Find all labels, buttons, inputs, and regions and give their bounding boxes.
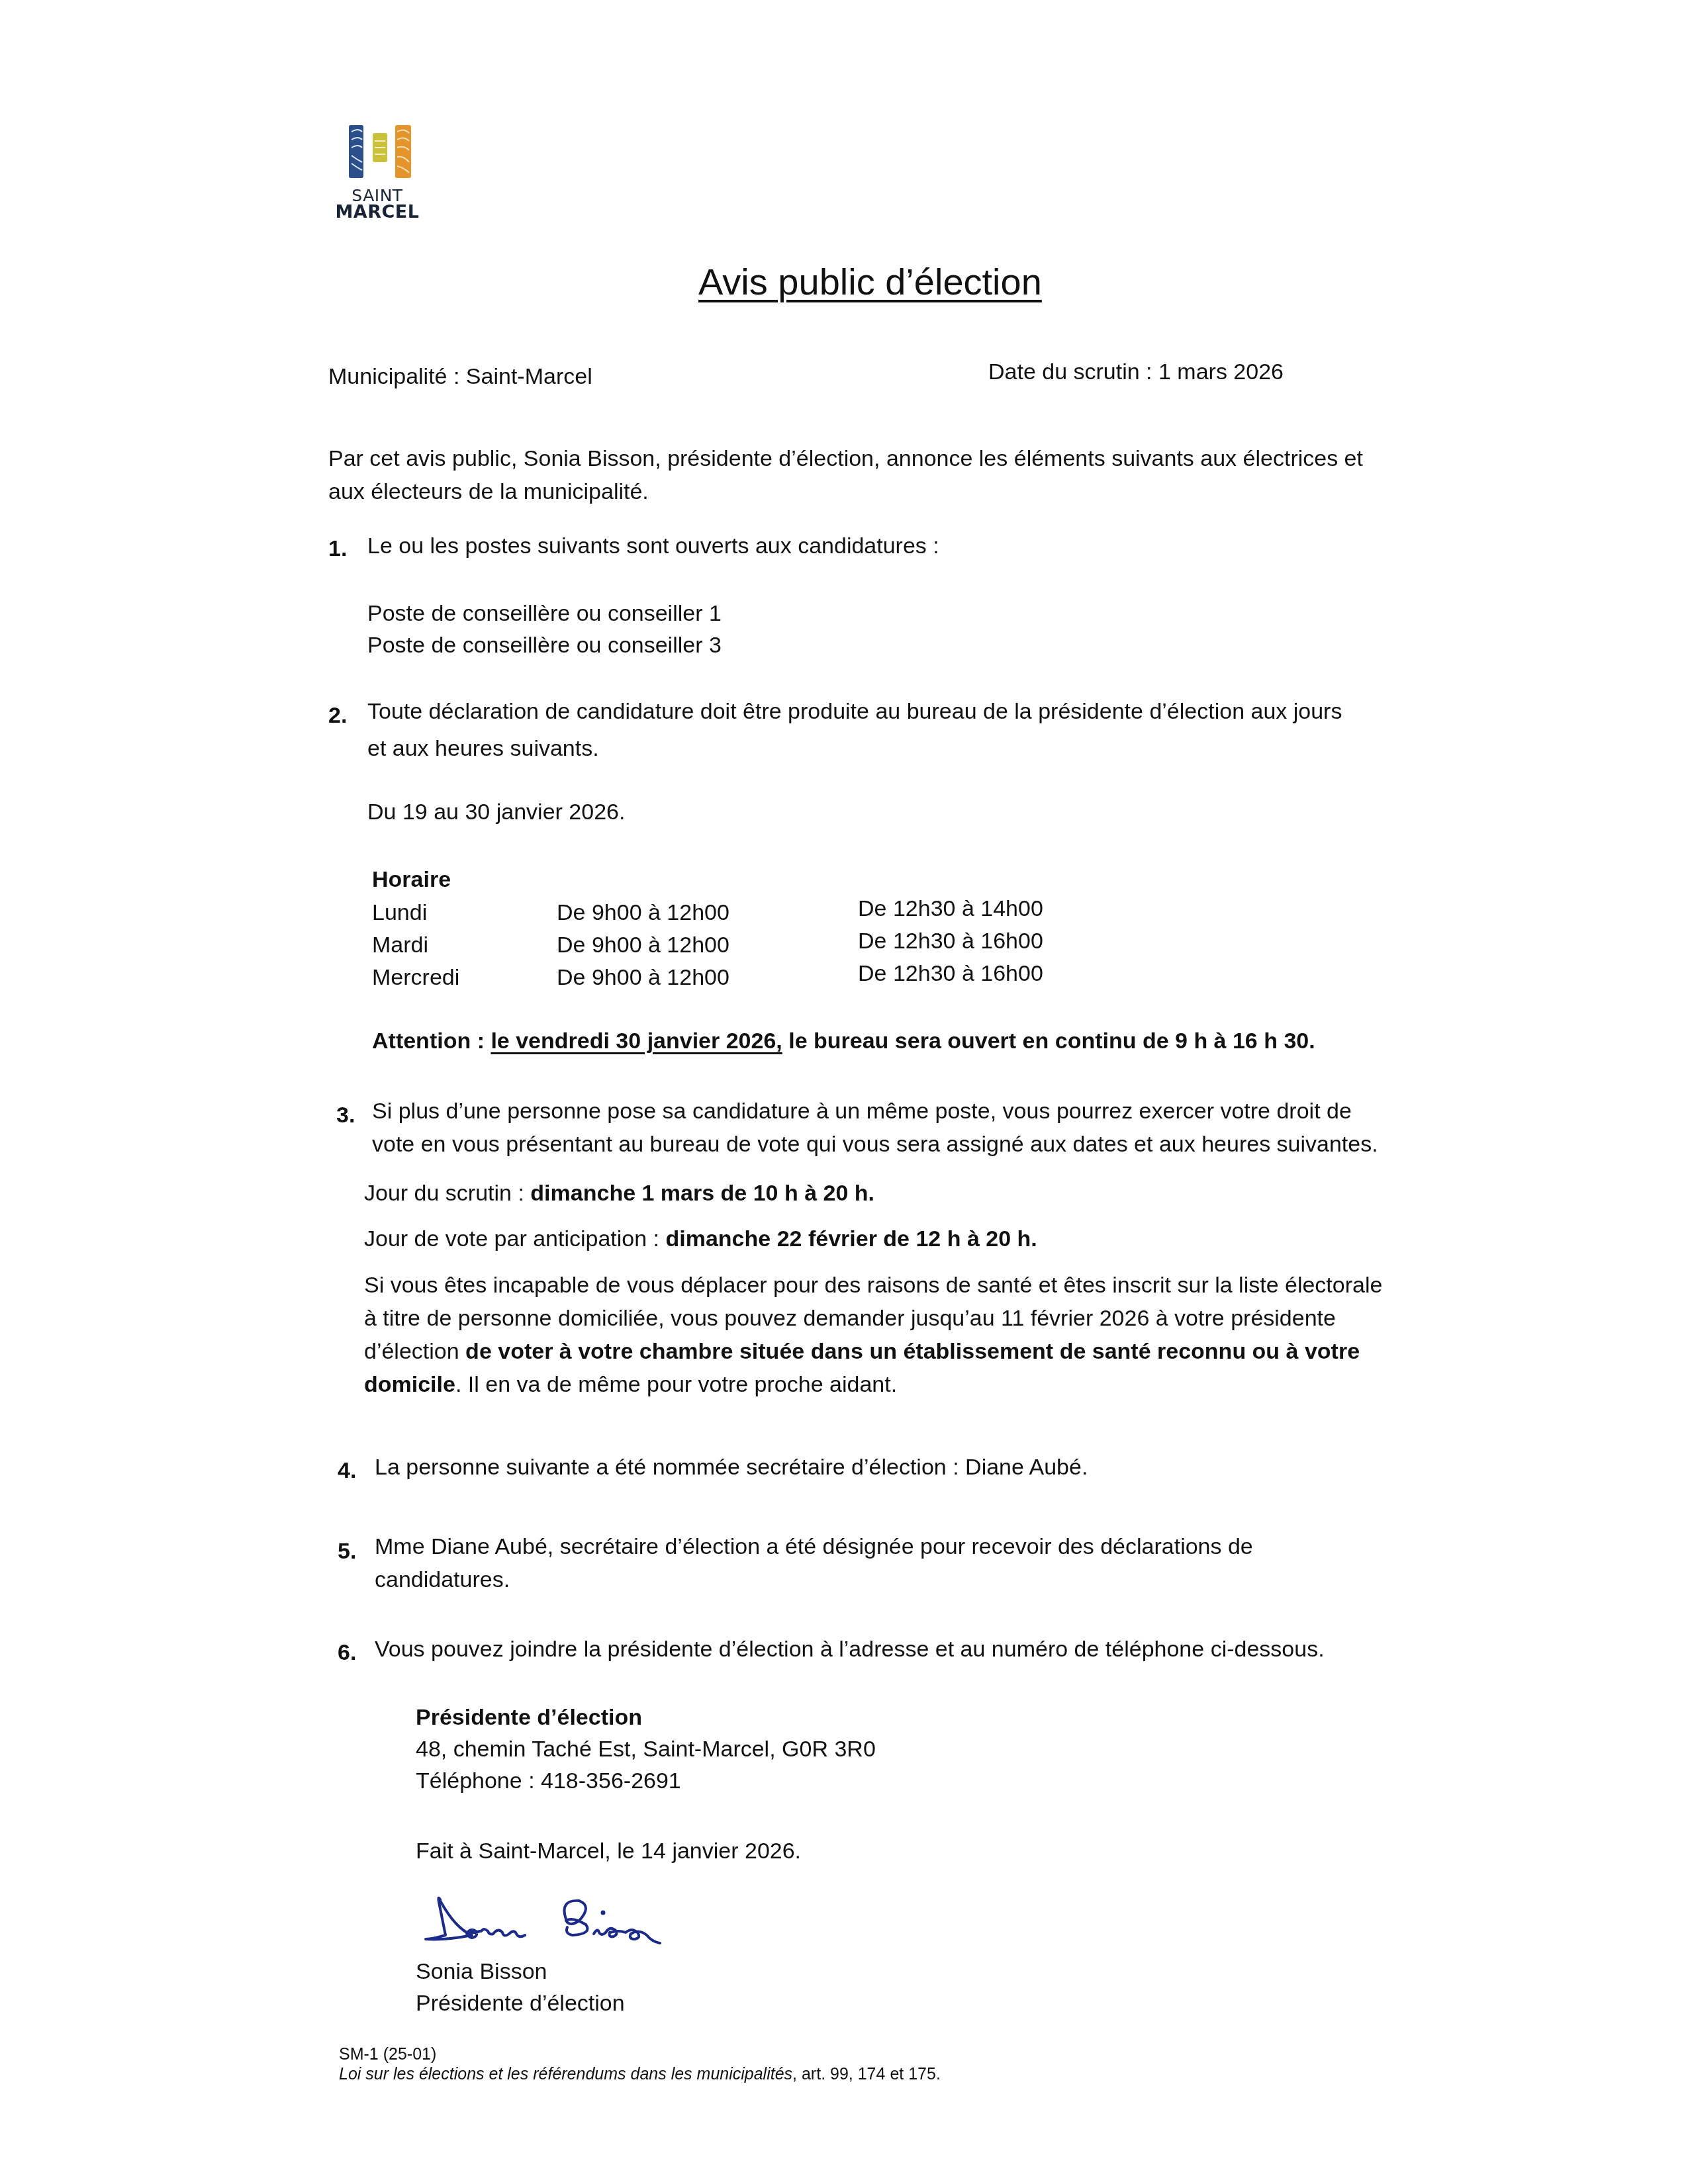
- nomination-period: Du 19 au 30 janvier 2026.: [367, 801, 625, 823]
- attention-note: Attention : le vendredi 30 janvier 2026,…: [372, 1030, 1315, 1052]
- schedule-afternoon: De 12h30 à 16h00: [858, 962, 1043, 985]
- item-number: 4.: [338, 1459, 356, 1482]
- schedule-heading: Horaire: [372, 868, 451, 891]
- attention-label: Attention :: [372, 1028, 491, 1054]
- advance-day-label: Jour de vote par anticipation :: [364, 1226, 666, 1251]
- municipality-label: Municipalité : Saint-Marcel: [328, 365, 592, 388]
- advance-day-value: dimanche 22 février de 12 h à 20 h.: [666, 1226, 1037, 1251]
- poll-day-label: Jour du scrutin :: [364, 1181, 530, 1206]
- signatory-role: Présidente d’élection: [416, 1992, 625, 2015]
- law-reference: Loi sur les élections et les référendums…: [339, 2066, 941, 2083]
- home-vote-line-4: domicile. Il en va de même pour votre pr…: [364, 1373, 897, 1396]
- home-vote-line-3: d’élection de voter à votre chambre situ…: [364, 1340, 1360, 1363]
- poll-day-value: dimanche 1 mars de 10 h à 20 h.: [530, 1181, 874, 1206]
- home-vote-line-2: à titre de personne domiciliée, vous pou…: [364, 1307, 1336, 1330]
- position-1: Poste de conseillère ou conseiller 1: [367, 602, 722, 625]
- law-articles: , art. 99, 174 et 175.: [792, 2065, 941, 2083]
- item-number: 5.: [338, 1540, 356, 1563]
- item-line-1: Si plus d’une personne pose sa candidatu…: [372, 1100, 1352, 1122]
- home-vote-plain-end: . Il en va de même pour votre proche aid…: [455, 1372, 897, 1397]
- item-line-2: candidatures.: [375, 1569, 510, 1591]
- item-number: 6.: [338, 1641, 356, 1664]
- schedule-day: Mercredi: [372, 966, 459, 989]
- saint-marcel-logo: SAINT MARCEL: [328, 122, 427, 222]
- saint-marcel-logo-icon: [348, 122, 414, 181]
- item-text: Vous pouvez joindre la présidente d’élec…: [375, 1638, 1325, 1661]
- contact-address: 48, chemin Taché Est, Saint-Marcel, G0R …: [416, 1738, 876, 1760]
- item-text: La personne suivante a été nommée secrét…: [375, 1456, 1088, 1479]
- logo-text-marcel: MARCEL: [328, 203, 427, 221]
- attention-date: le vendredi 30 janvier 2026,: [491, 1028, 782, 1054]
- contact-phone: Téléphone : 418-356-2691: [416, 1770, 681, 1792]
- done-at-line: Fait à Saint-Marcel, le 14 janvier 2026.: [416, 1840, 801, 1862]
- item-number: 3.: [336, 1104, 355, 1126]
- attention-rest: le bureau sera ouvert en continu de 9 h …: [782, 1028, 1315, 1054]
- schedule-morning: De 9h00 à 12h00: [557, 934, 729, 956]
- page-title: Avis public d’élection: [698, 263, 1042, 300]
- signatory-name: Sonia Bisson: [416, 1960, 547, 1983]
- poll-day: Jour du scrutin : dimanche 1 mars de 10 …: [364, 1182, 874, 1205]
- contact-heading: Présidente d’élection: [416, 1706, 642, 1729]
- intro-line-1: Par cet avis public, Sonia Bisson, prési…: [328, 447, 1363, 470]
- schedule-morning: De 9h00 à 12h00: [557, 966, 729, 989]
- home-vote-plain: d’élection: [364, 1339, 465, 1364]
- advance-vote-day: Jour de vote par anticipation : dimanche…: [364, 1228, 1037, 1250]
- position-2: Poste de conseillère ou conseiller 3: [367, 634, 722, 657]
- schedule-day: Lundi: [372, 901, 427, 924]
- item-number: 1.: [328, 537, 347, 560]
- poll-date-label: Date du scrutin : 1 mars 2026: [988, 361, 1284, 383]
- item-text: Le ou les postes suivants sont ouverts a…: [367, 535, 939, 557]
- item-line-1: Toute déclaration de candidature doit êt…: [367, 700, 1342, 723]
- home-vote-bold: de voter à votre chambre située dans un …: [465, 1339, 1360, 1364]
- schedule-day: Mardi: [372, 934, 428, 956]
- schedule-morning: De 9h00 à 12h00: [557, 901, 729, 924]
- law-title: Loi sur les élections et les référendums…: [339, 2065, 792, 2083]
- item-line-2: et aux heures suivants.: [367, 737, 599, 760]
- handwritten-signature-icon: [420, 1893, 731, 1946]
- schedule-afternoon: De 12h30 à 16h00: [858, 930, 1043, 952]
- item-line-2: vote en vous présentant au bureau de vot…: [372, 1133, 1378, 1156]
- intro-line-2: aux électeurs de la municipalité.: [328, 480, 649, 503]
- item-number: 2.: [328, 704, 347, 727]
- home-vote-line-1: Si vous êtes incapable de vous déplacer …: [364, 1274, 1382, 1297]
- form-code: SM-1 (25-01): [339, 2046, 436, 2063]
- item-line-1: Mme Diane Aubé, secrétaire d’élection a …: [375, 1535, 1253, 1558]
- schedule-afternoon: De 12h30 à 14h00: [858, 897, 1043, 920]
- home-vote-bold-end: domicile: [364, 1372, 455, 1397]
